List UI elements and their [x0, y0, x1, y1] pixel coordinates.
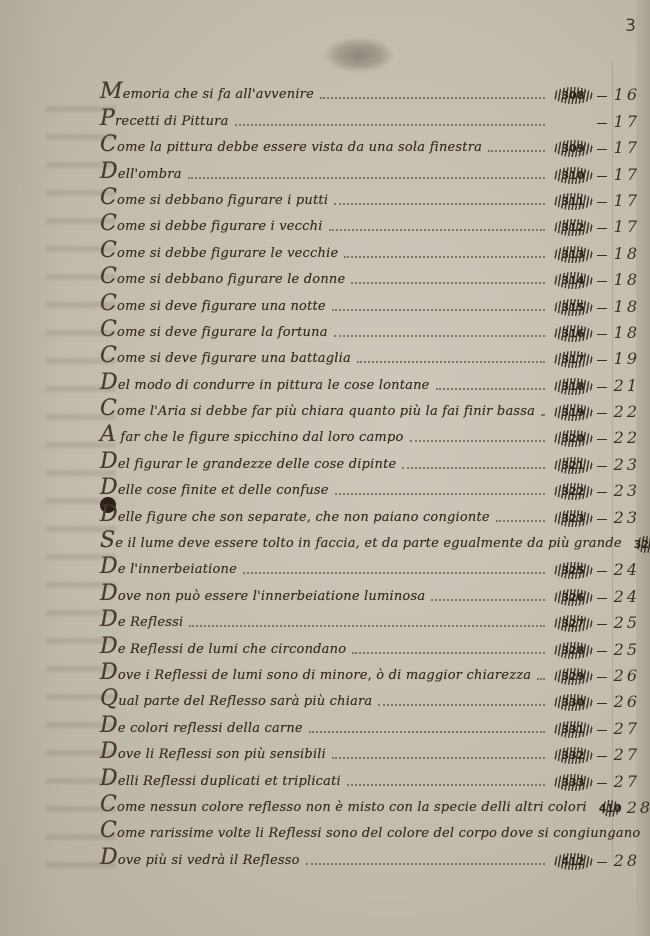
dot-leader [332, 757, 545, 759]
strikethrough-mark [636, 536, 650, 553]
dot-leader [402, 467, 545, 469]
index-entry: Come si deve figurare la fortuna31618 [100, 316, 640, 342]
dash-separator [597, 598, 607, 599]
entry-title: Come l'Aria si debbe far più chiara quan… [100, 396, 535, 421]
struck-chapter-number: 324 [634, 538, 650, 551]
dot-leader [332, 309, 545, 311]
dash-separator [597, 176, 607, 177]
struck-chapter-number: 312 [551, 221, 595, 234]
strikethrough-mark [553, 694, 593, 711]
page-number: 25 [610, 613, 640, 632]
page-number: 27 [610, 745, 640, 764]
strikethrough-mark [553, 430, 593, 447]
index-entry: Memoria che si fa all'avvenire30816 [100, 78, 640, 104]
index-entry: De Reflessi32725 [100, 606, 640, 632]
entry-title: Dell'ombra [100, 159, 182, 184]
entry-title: De Reflessi [100, 607, 183, 632]
index-entry: Come la pittura debbe essere vista da un… [100, 131, 640, 157]
struck-chapter-number: 313 [551, 248, 595, 261]
dot-leader [431, 599, 545, 601]
folio-number: 3 [625, 16, 636, 36]
strikethrough-mark [553, 457, 593, 474]
page-number: 22 [610, 402, 640, 421]
dash-separator [597, 387, 607, 388]
dash-separator [597, 730, 607, 731]
page-number: 18 [610, 323, 640, 342]
entry-title: A far che le figure spicchino dal loro c… [100, 422, 404, 447]
dot-leader [541, 414, 545, 416]
index-entry: Come si debbe figurare le vecchie31318 [100, 236, 640, 262]
dash-separator [597, 96, 607, 97]
entry-title: Delle cose finite et delle confuse [100, 475, 329, 500]
entry-title: De Reflessi de lumi che circondano [100, 634, 346, 659]
strikethrough-mark [553, 140, 593, 157]
index-entry: Delle cose finite et delle confuse32223 [100, 474, 640, 500]
page-number: 17 [610, 165, 640, 184]
struck-chapter-number: 331 [551, 723, 595, 736]
entry-title: Dove i Reflessi de lumi sono di minore, … [100, 660, 531, 685]
dot-leader [352, 652, 545, 654]
strikethrough-mark [553, 351, 593, 368]
strikethrough-mark [553, 510, 593, 527]
page-number: 18 [610, 297, 640, 316]
index-entry: Del modo di condurre in pittura le cose … [100, 368, 640, 394]
index-entry: Dove li Reflessi son più sensibili33227 [100, 738, 640, 764]
index-entry: Dell'ombra31017 [100, 157, 640, 183]
struck-chapter-number: 329 [551, 670, 595, 683]
index-entry: Come si deve figurare una battaglia31719 [100, 342, 640, 368]
dot-leader [309, 731, 545, 733]
dot-leader [243, 572, 545, 574]
dot-leader [351, 282, 545, 284]
index-entry: Come si debbano figurare le donne31418 [100, 263, 640, 289]
struck-chapter-number: 316 [551, 327, 595, 340]
page-number: 23 [610, 508, 640, 527]
strikethrough-mark [553, 272, 593, 289]
page-number: 22 [610, 428, 640, 447]
dash-separator [597, 466, 607, 467]
manuscript-page: 3 Memoria che si fa all'avvenire30816Pre… [0, 0, 650, 936]
strikethrough-mark [601, 800, 620, 817]
struck-chapter-number: 311 [551, 195, 595, 208]
struck-chapter-number: 314 [551, 274, 595, 287]
entry-title: Come si debbano figurare le donne [100, 264, 345, 289]
entry-title: Se il lume deve essere tolto in faccia, … [100, 528, 622, 553]
entry-title: Memoria che si fa all'avvenire [100, 79, 314, 104]
entry-title: Qual parte del Reflesso sarà più chiara [100, 686, 372, 711]
dot-leader [189, 625, 545, 627]
entry-title: Dove più si vedrà il Reflesso [100, 845, 300, 870]
strikethrough-mark [553, 299, 593, 316]
strikethrough-mark [553, 404, 593, 421]
struck-chapter-number: 308 [551, 89, 595, 102]
page-number: 23 [610, 481, 640, 500]
dash-separator [597, 492, 607, 493]
struck-chapter-number: 322 [551, 485, 595, 498]
page-number: 17 [610, 112, 640, 131]
dot-leader [344, 256, 545, 258]
dash-separator [597, 756, 607, 757]
index-entry: Dove i Reflessi de lumi sono di minore, … [100, 659, 640, 685]
page-number: 26 [610, 666, 640, 685]
struck-chapter-number: 412 [551, 855, 595, 868]
dash-separator [597, 281, 607, 282]
struck-chapter-number: 310 [551, 169, 595, 182]
struck-chapter-number: 323 [551, 512, 595, 525]
entry-title: Come si debbe figurare i vecchi [100, 211, 323, 236]
entry-title: De l'innerbeiatione [100, 554, 237, 579]
struck-chapter-number: 410 [599, 802, 622, 815]
dot-leader [410, 440, 545, 442]
index-entry: Delle figure che son separate, che non p… [100, 500, 640, 526]
dash-separator [597, 255, 607, 256]
dash-separator [597, 123, 607, 124]
dash-separator [597, 651, 607, 652]
page-number: 27 [610, 772, 640, 791]
page-number: 28 [627, 798, 650, 817]
dot-leader [378, 704, 545, 706]
strikethrough-mark [553, 219, 593, 236]
dot-leader [306, 863, 545, 865]
dash-separator [597, 149, 607, 150]
page-number: 19 [610, 349, 640, 368]
dash-separator [597, 308, 607, 309]
index-entry: De Reflessi de lumi che circondano32825 [100, 632, 640, 658]
strikethrough-mark [553, 167, 593, 184]
index-list: Memoria che si fa all'avvenire30816Prece… [100, 78, 640, 870]
dot-leader [335, 493, 545, 495]
dash-separator [597, 783, 607, 784]
page-number: 16 [610, 85, 640, 104]
strikethrough-mark [553, 589, 593, 606]
entry-title: Come si deve figurare la fortuna [100, 317, 328, 342]
dash-separator [597, 334, 607, 335]
index-entry: Del figurar le grandezze delle cose dipi… [100, 447, 640, 473]
strikethrough-mark [553, 325, 593, 342]
page-number: 17 [610, 217, 640, 236]
dash-separator [597, 571, 607, 572]
strikethrough-mark [553, 193, 593, 210]
strikethrough-mark [553, 668, 593, 685]
index-entry: Come si debbe figurare i vecchi31217 [100, 210, 640, 236]
entry-title: Del modo di condurre in pittura le cose … [100, 370, 430, 395]
struck-chapter-number: 309 [551, 142, 595, 155]
strikethrough-mark [553, 87, 593, 104]
page-number: 24 [610, 560, 640, 579]
struck-chapter-number: 328 [551, 644, 595, 657]
strikethrough-mark [553, 246, 593, 263]
page-number: 18 [610, 270, 640, 289]
struck-chapter-number: 321 [551, 459, 595, 472]
page-number: 27 [610, 719, 640, 738]
dot-leader [329, 229, 545, 231]
dot-leader [334, 335, 545, 337]
dot-leader [320, 97, 545, 99]
dash-separator [597, 862, 607, 863]
entry-title: Come nessun colore reflesso non è misto … [100, 792, 587, 817]
index-entry: Dove più si vedrà il Reflesso41228 [100, 843, 640, 869]
strikethrough-mark [553, 615, 593, 632]
struck-chapter-number: 330 [551, 696, 595, 709]
dash-separator [597, 413, 607, 414]
dot-leader [347, 784, 545, 786]
index-entry: Come si debbano figurare i putti31117 [100, 184, 640, 210]
index-entry: De colori reflessi della carne33127 [100, 711, 640, 737]
entry-title: Come rarissime volte li Reflessi sono de… [100, 818, 640, 843]
dash-separator [597, 677, 607, 678]
struck-chapter-number: 333 [551, 776, 595, 789]
index-entry: Come l'Aria si debbe far più chiara quan… [100, 395, 640, 421]
dash-separator [597, 624, 607, 625]
entry-title: Come si deve figurare una notte [100, 291, 326, 316]
strikethrough-mark [553, 747, 593, 764]
dot-leader [188, 177, 545, 179]
entry-title: Come si debbano figurare i putti [100, 185, 328, 210]
index-entry: Come si deve figurare una notte31518 [100, 289, 640, 315]
index-entry: De l'innerbeiatione32524 [100, 553, 640, 579]
entry-title: Del figurar le grandezze delle cose dipi… [100, 449, 396, 474]
index-entry: Dove non può essere l'innerbeiatione lum… [100, 579, 640, 605]
dot-leader [436, 388, 545, 390]
struck-chapter-number: 315 [551, 301, 595, 314]
dot-leader [357, 361, 545, 363]
strikethrough-mark [553, 642, 593, 659]
page-number: 25 [610, 640, 640, 659]
dot-leader [496, 520, 545, 522]
dot-leader [537, 678, 545, 680]
index-entry: Delli Reflessi duplicati et triplicati33… [100, 764, 640, 790]
page-number: 24 [610, 587, 640, 606]
dash-separator [597, 228, 607, 229]
entry-title: Dove li Reflessi son più sensibili [100, 739, 326, 764]
struck-chapter-number: 325 [551, 564, 595, 577]
page-number: 21 [610, 376, 640, 395]
page-number: 26 [610, 692, 640, 711]
struck-chapter-number: 317 [551, 353, 595, 366]
index-entry: Precetti di Pittura17 [100, 104, 640, 130]
struck-chapter-number: 318 [551, 380, 595, 393]
entry-title: Delli Reflessi duplicati et triplicati [100, 766, 341, 791]
index-entry: Come rarissime volte li Reflessi sono de… [100, 817, 640, 843]
strikethrough-mark [553, 774, 593, 791]
dot-leader [235, 124, 545, 126]
dash-separator [597, 360, 607, 361]
entry-title: Dove non può essere l'innerbeiatione lum… [100, 581, 425, 606]
strikethrough-mark [553, 721, 593, 738]
strikethrough-mark [553, 562, 593, 579]
index-entry: Come nessun colore reflesso non è misto … [100, 791, 640, 817]
strikethrough-mark [553, 378, 593, 395]
dot-leader [334, 203, 545, 205]
page-number: 23 [610, 455, 640, 474]
strikethrough-mark [553, 853, 593, 870]
entry-title: Precetti di Pittura [100, 106, 229, 131]
ink-stain [325, 38, 393, 72]
index-entry: Se il lume deve essere tolto in faccia, … [100, 527, 640, 553]
page-number: 17 [610, 191, 640, 210]
page-number: 28 [610, 851, 640, 870]
entry-title: Delle figure che son separate, che non p… [100, 502, 490, 527]
entry-title: Come la pittura debbe essere vista da un… [100, 132, 482, 157]
dash-separator [597, 202, 607, 203]
dash-separator [597, 439, 607, 440]
struck-chapter-number: 327 [551, 617, 595, 630]
index-entry: A far che le figure spicchino dal loro c… [100, 421, 640, 447]
page-number: 18 [610, 244, 640, 263]
struck-chapter-number: 332 [551, 749, 595, 762]
struck-chapter-number: 320 [551, 432, 595, 445]
entry-title: Come si deve figurare una battaglia [100, 343, 351, 368]
index-entry: Qual parte del Reflesso sarà più chiara3… [100, 685, 640, 711]
struck-chapter-number: 326 [551, 591, 595, 604]
dash-separator [597, 519, 607, 520]
entry-title: Come si debbe figurare le vecchie [100, 238, 338, 263]
dash-separator [597, 703, 607, 704]
dot-leader [488, 150, 545, 152]
page-number: 17 [610, 138, 640, 157]
struck-chapter-number: 319 [551, 406, 595, 419]
strikethrough-mark [553, 483, 593, 500]
entry-title: De colori reflessi della carne [100, 713, 303, 738]
